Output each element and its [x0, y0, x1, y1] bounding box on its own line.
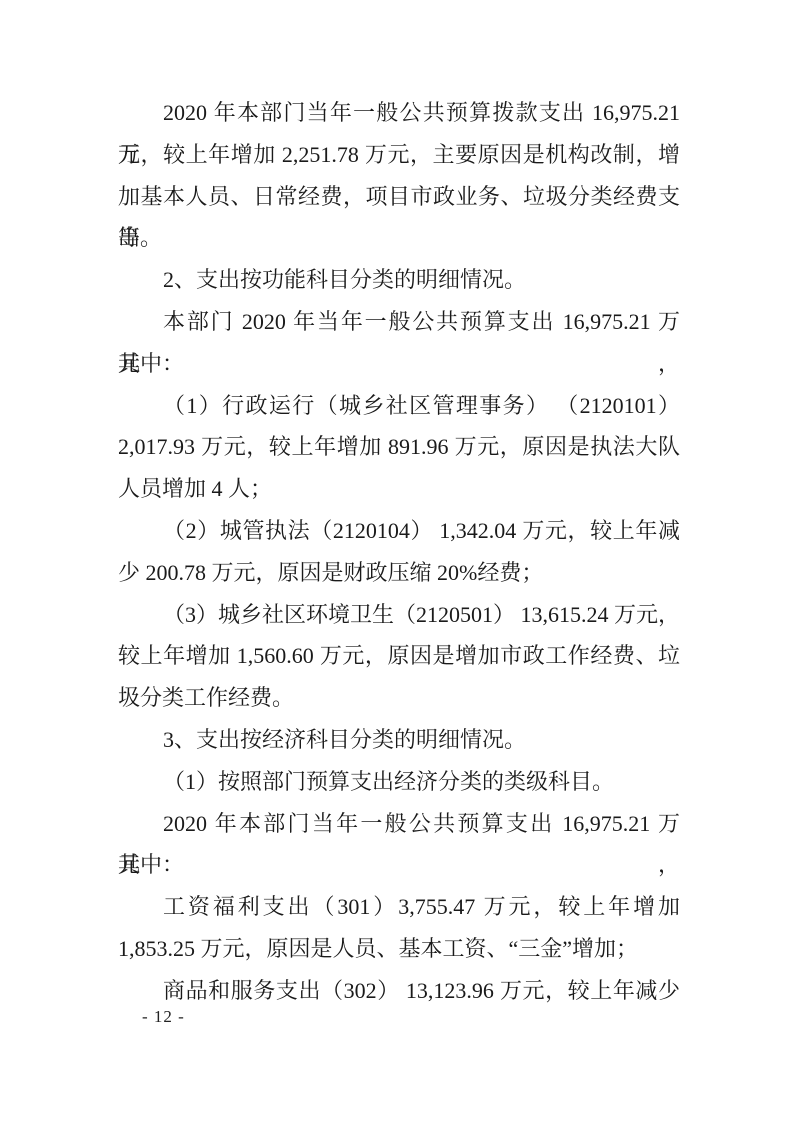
- text-line: 等。: [118, 217, 680, 259]
- text-line: 工资福利支出（301）3,755.47 万元，较上年增加: [118, 886, 680, 928]
- document-page: 2020 年本部门当年一般公共预算拨款支出 16,975.21 万元，较上年增加…: [0, 0, 793, 1122]
- text-line: 加基本人员、日常经费，项目市政业务、垃圾分类经费支出: [118, 176, 680, 218]
- text-line: 本部门 2020 年当年一般公共预算支出 16,975.21 万元，: [118, 301, 680, 343]
- text-line: 商品和服务支出（302） 13,123.96 万元，较上年减少: [118, 970, 680, 1012]
- text-line: 圾分类工作经费。: [118, 677, 680, 719]
- text-line: 1,853.25 万元，原因是人员、基本工资、“三金”增加；: [118, 928, 680, 970]
- page-number: - 12 -: [142, 1005, 185, 1029]
- text-line: 元，较上年增加 2,251.78 万元，主要原因是机构改制，增: [118, 134, 680, 176]
- text-line: 人员增加 4 人；: [118, 468, 680, 510]
- text-line: （2）城管执法（2120104） 1,342.04 万元，较上年减: [118, 510, 680, 552]
- text-line: 2020 年本部门当年一般公共预算支出 16,975.21 万元，: [118, 803, 680, 845]
- text-line: （1）行政运行（城乡社区管理事务） （2120101）: [118, 385, 680, 427]
- text-line: 2、支出按功能科目分类的明细情况。: [118, 259, 680, 301]
- text-line: （3）城乡社区环境卫生（2120501） 13,615.24 万元，: [118, 594, 680, 636]
- text-line: 较上年增加 1,560.60 万元，原因是增加市政工作经费、垃: [118, 635, 680, 677]
- text-line: （1）按照部门预算支出经济分类的类级科目。: [118, 761, 680, 803]
- text-line: 2,017.93 万元，较上年增加 891.96 万元，原因是执法大队: [118, 426, 680, 468]
- text-line: 少 200.78 万元，原因是财政压缩 20%经费；: [118, 552, 680, 594]
- text-line: 2020 年本部门当年一般公共预算拨款支出 16,975.21 万: [118, 92, 680, 134]
- text-line: 3、支出按经济科目分类的明细情况。: [118, 719, 680, 761]
- document-body: 2020 年本部门当年一般公共预算拨款支出 16,975.21 万元，较上年增加…: [118, 92, 680, 1012]
